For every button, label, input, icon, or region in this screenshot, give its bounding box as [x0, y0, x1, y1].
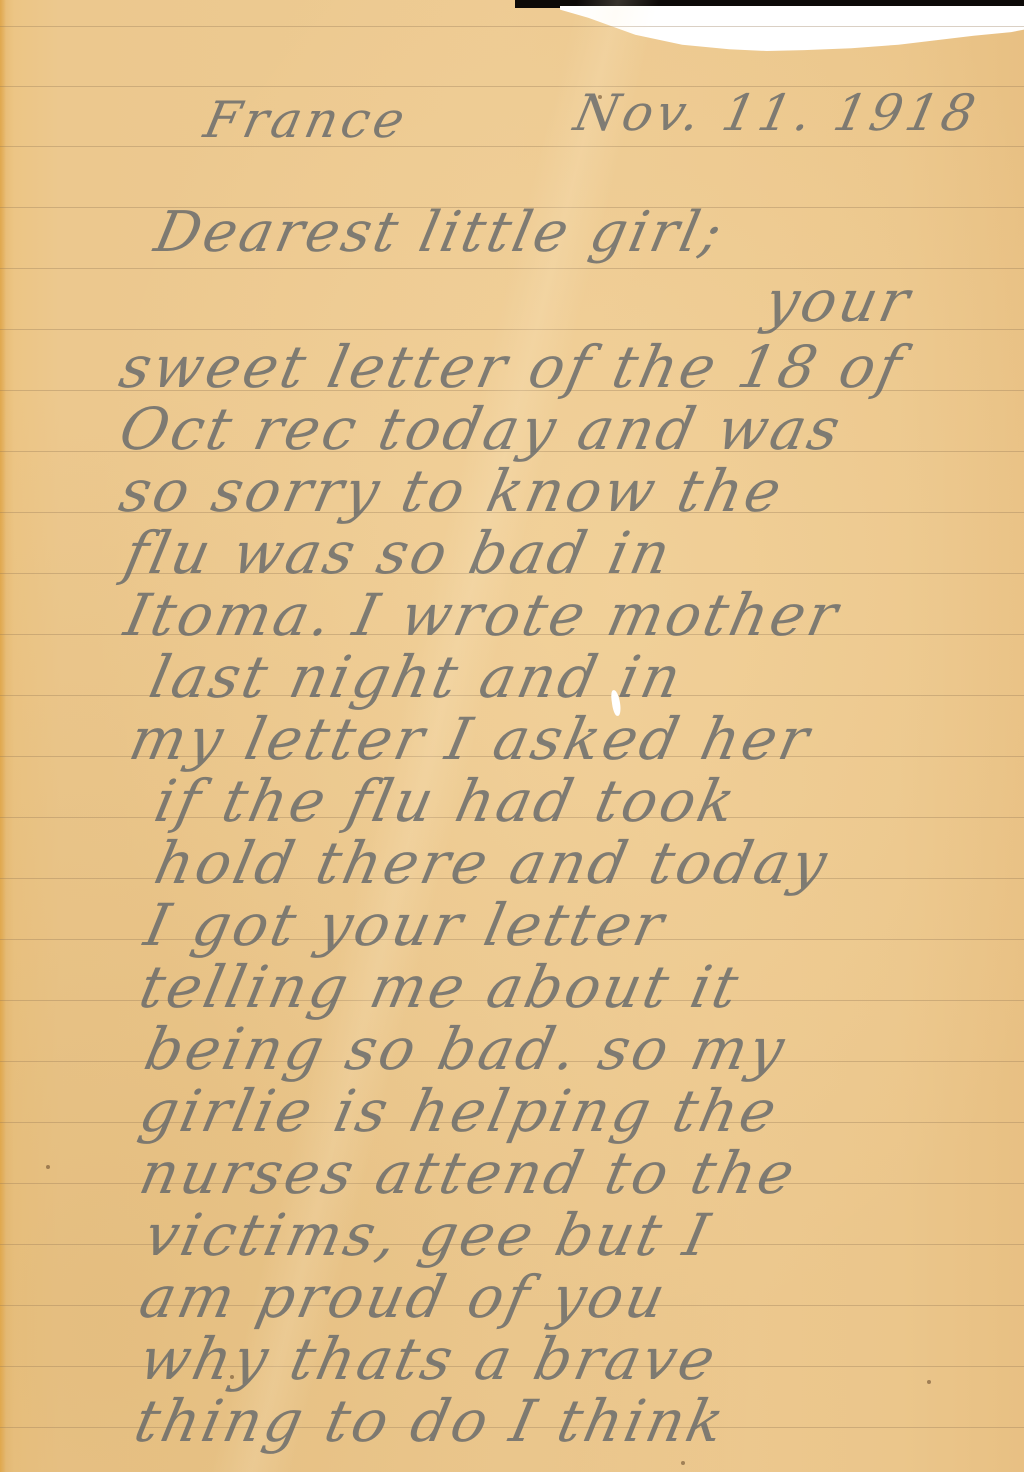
letter-line: your: [760, 272, 917, 330]
letter-line: so sorry to know the: [115, 462, 789, 520]
letter-date: Nov. 11. 1918: [570, 88, 983, 138]
letter-line: thing to do I think: [130, 1392, 732, 1450]
letter-line: hold there and today: [150, 834, 834, 892]
ruled-line: [0, 146, 1024, 147]
letter-line: I got your letter: [140, 896, 671, 954]
paper-speck: [681, 1461, 685, 1465]
letter-line: sweet letter of the 18 of: [115, 338, 909, 396]
letter-line: flu was so bad in: [120, 524, 678, 582]
letter-line: victims, gee but I: [140, 1206, 717, 1264]
letter-line: if the flu had took: [150, 772, 743, 830]
letter-line: nurses attend to the: [135, 1144, 802, 1202]
paper-speck: [46, 1165, 50, 1169]
letter-line: why thats a brave: [135, 1330, 723, 1388]
ruled-line: [0, 26, 1024, 27]
letter-line: am proud of you: [135, 1268, 673, 1326]
letter-line: last night and in: [145, 648, 689, 706]
letter-line: Oct rec today and was: [115, 400, 848, 458]
torn-paper-edge: [560, 6, 1024, 51]
letter-line: telling me about it: [135, 958, 746, 1016]
letter-line: my letter I asked her: [125, 710, 817, 768]
paper-speck: [927, 1380, 931, 1384]
letter-line: Itoma. I wrote mother: [120, 586, 845, 644]
letter-line: girlie is helping the: [135, 1082, 784, 1140]
letter-line: being so bad. so my: [140, 1020, 792, 1078]
paper-left-edge: [0, 0, 6, 1472]
letter-salutation: Dearest little girl;: [150, 205, 729, 261]
letter-page: France Nov. 11. 1918 Dearest little girl…: [0, 0, 1024, 1472]
letter-place: France: [200, 95, 413, 145]
